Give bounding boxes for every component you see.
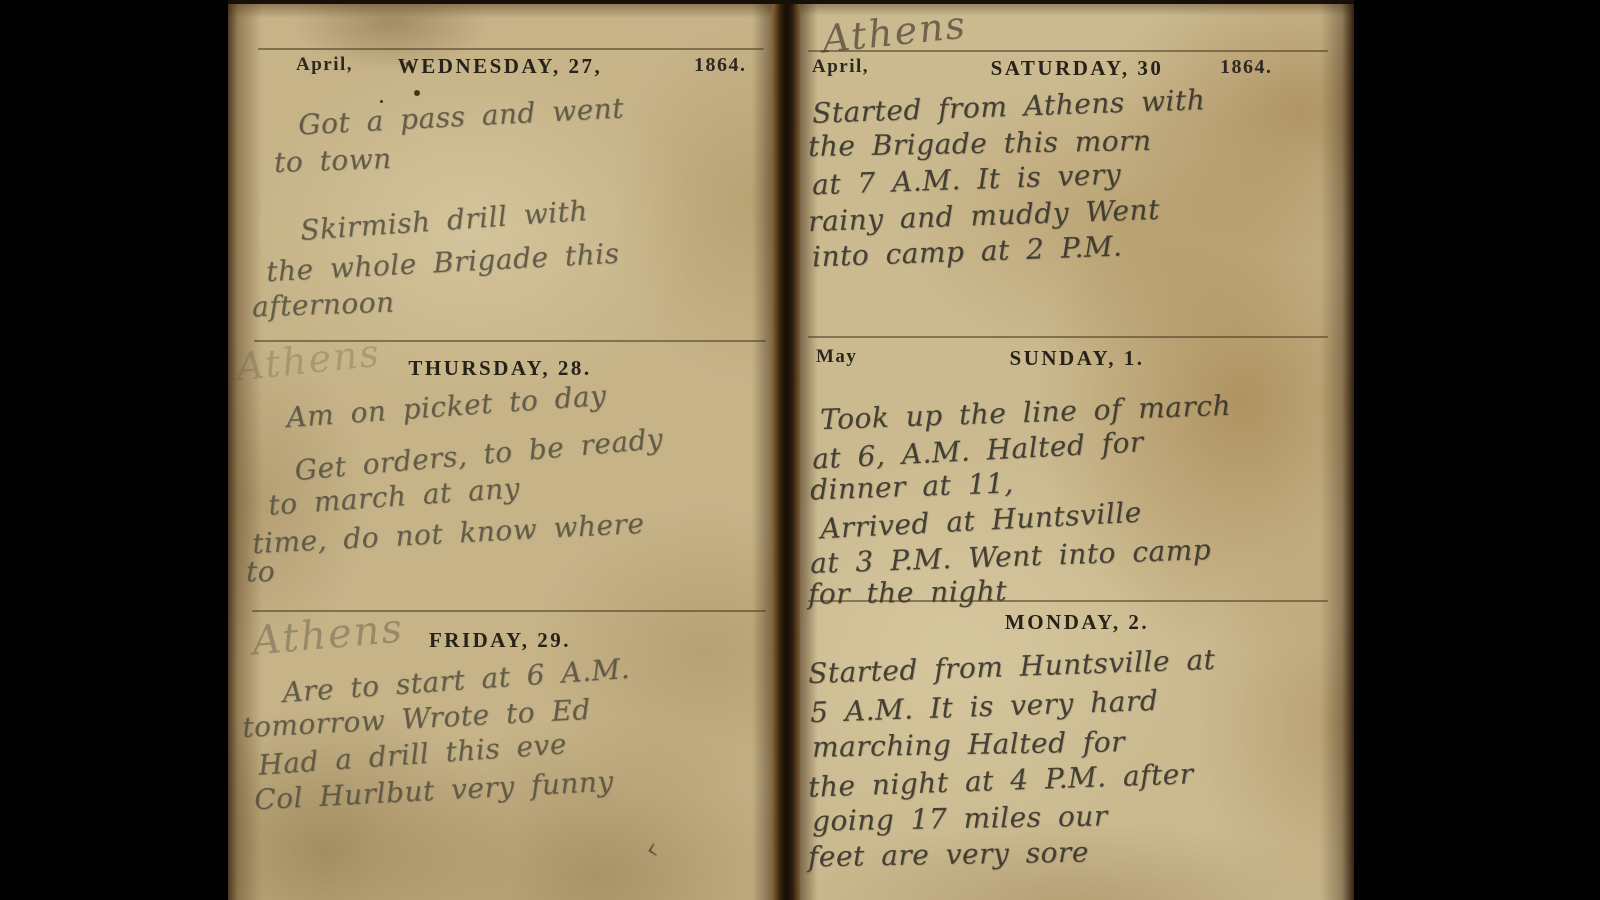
diary-entry-line: Took up the line of march: [820, 389, 1232, 436]
day-label: SUNDAY, 1.: [800, 346, 1354, 371]
section-rule: [808, 336, 1328, 338]
diary-entry-line: the night at 4 P.M. after: [808, 757, 1195, 803]
diary-entry-line: Skirmish drill with: [299, 194, 589, 247]
left-page: April, WEDNESDAY, 27, 1864. Got a pass a…: [228, 4, 772, 900]
date-header-sun1: May SUNDAY, 1.: [800, 346, 1354, 372]
pencil-tick-mark: ‹: [642, 831, 661, 868]
date-header-thu28: THURSDAY, 28.: [228, 356, 772, 382]
year-label: 1864.: [694, 54, 747, 77]
book-spine: [772, 4, 800, 900]
date-header-mon2: MONDAY, 2.: [800, 610, 1354, 636]
diary-entry-line: feet are very sore: [808, 836, 1089, 874]
diary-entry-line: Got a pass and went: [297, 91, 624, 141]
date-header-fri29: FRIDAY, 29.: [228, 628, 772, 654]
marginalia-athens: Athens: [820, 3, 969, 62]
right-page: Athens April, SATURDAY, 30 1864. Started…: [800, 4, 1354, 900]
section-rule: [808, 600, 1328, 602]
date-header-wed27: April, WEDNESDAY, 27, 1864.: [228, 54, 772, 80]
diary-entry-line: Started from Athens with: [812, 83, 1206, 130]
diary-entry-line: Am on picket to day: [285, 379, 607, 434]
day-label: WEDNESDAY, 27,: [228, 54, 772, 79]
diary-entry-line: to town: [273, 142, 392, 179]
diary-entry-line: the Brigade this morn: [808, 124, 1152, 163]
ink-speck: [406, 62, 410, 66]
diary-entry-line: marching Halted for: [812, 725, 1126, 763]
diary-entry-line: afternoon: [251, 286, 395, 324]
day-label: THURSDAY, 28.: [228, 356, 772, 381]
day-label: FRIDAY, 29.: [228, 628, 772, 653]
diary-entry-line: 5 A.M. It is very hard: [810, 684, 1159, 729]
diary-scan: April, WEDNESDAY, 27, 1864. Got a pass a…: [0, 0, 1600, 900]
diary-entry-line: dinner at 11,: [809, 466, 1014, 506]
date-header-sat30: April, SATURDAY, 30 1864.: [800, 56, 1354, 82]
section-rule: [808, 50, 1328, 52]
ink-speck: [414, 90, 420, 96]
ink-speck: [380, 100, 383, 103]
diary-entry-line: going 17 miles our: [812, 799, 1108, 837]
diary-entry-line: to: [246, 555, 275, 588]
year-label: 1864.: [1220, 56, 1273, 79]
day-label: MONDAY, 2.: [800, 610, 1354, 635]
diary-book: April, WEDNESDAY, 27, 1864. Got a pass a…: [228, 0, 1354, 900]
diary-entry-line: for the night: [808, 574, 1008, 610]
section-rule: [258, 48, 764, 50]
